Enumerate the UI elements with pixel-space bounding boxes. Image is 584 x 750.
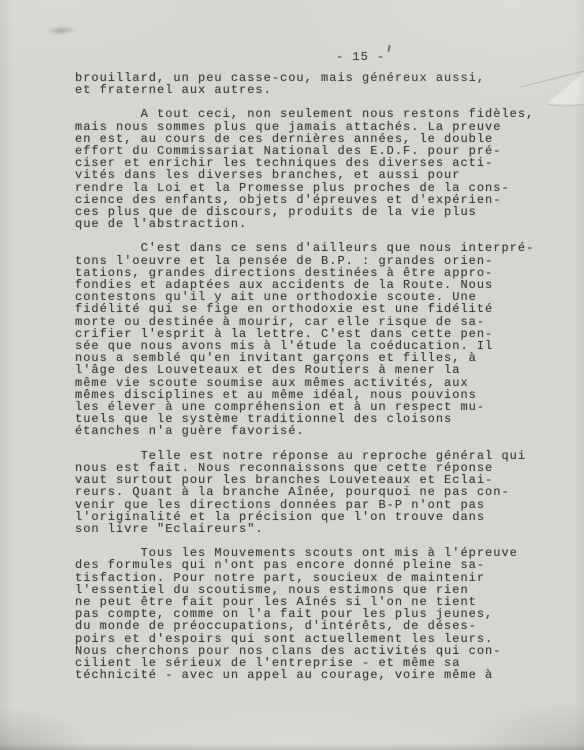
scanned-document-page: - 15 - brouillard, un peu casse-cou, mai… — [0, 0, 584, 750]
stray-mark-artifact — [387, 45, 391, 52]
paragraph-5: Tous les Mouvements scouts ont mis à l'é… — [75, 547, 530, 681]
paragraph-2: A tout ceci, non seulement nous restons … — [75, 108, 530, 230]
paragraph-3: C'est dans ce sens d'ailleurs que nous i… — [75, 242, 530, 437]
page-number: - 15 - — [336, 50, 385, 64]
paragraph-4: Telle est notre réponse au reproche géné… — [75, 450, 530, 535]
ink-smudge-artifact — [44, 25, 79, 36]
text-block: brouillard, un peu casse-cou, mais génér… — [75, 72, 530, 693]
paragraph-1: brouillard, un peu casse-cou, mais génér… — [75, 72, 530, 96]
page-fold-crease — [514, 58, 584, 110]
